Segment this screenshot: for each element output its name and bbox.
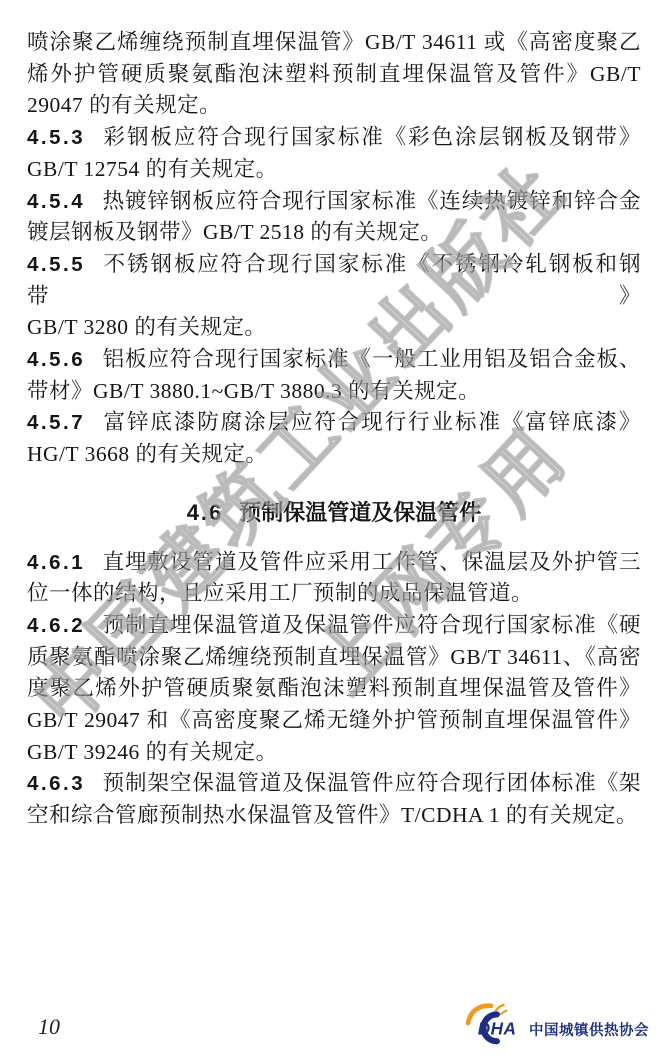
page-number: 10 xyxy=(38,1014,60,1040)
text-line: GB/T 3280 的有关规定。 xyxy=(27,312,641,344)
text-line: 4.5.5不锈钢板应符合现行国家标准《不锈钢冷轧钢板和钢带》 xyxy=(27,249,641,312)
cdha-logo-icon: DHA xyxy=(464,1002,522,1046)
text-line: GB/T 29047 和《高密度聚乙烯无缝外护管预制直埋保温管件》 xyxy=(27,705,641,737)
logo-abbr: DHA xyxy=(478,1019,517,1039)
section-heading: 4.6预制保温管道及保温管件 xyxy=(27,497,641,529)
section-number: 4.6 xyxy=(187,500,224,525)
association-name: 中国城镇供热协会 xyxy=(529,1009,649,1040)
text-line: 4.5.6铝板应符合现行国家标准《一般工业用铝及铝合金板、 xyxy=(27,344,641,376)
clause-number: 4.5.6 xyxy=(27,348,85,371)
text-line: HG/T 3668 的有关规定。 xyxy=(27,439,641,471)
text-line: 位一体的结构，且应采用工厂预制的成品保温管道。 xyxy=(27,578,641,610)
text-line: 度聚乙烯外护管硬质聚氨酯泡沫塑料预制直埋保温管及管件》 xyxy=(27,673,641,705)
text-line: 4.6.3预制架空保温管道及保温管件应符合现行团体标准《架 xyxy=(27,768,641,800)
document-body: 喷涂聚乙烯缠绕预制直埋保温管》GB/T 34611 或《高密度聚乙烯外护管硬质聚… xyxy=(27,27,641,832)
clause-number: 4.6.2 xyxy=(27,614,85,637)
text-line: 带材》GB/T 3880.1~GB/T 3880.3 的有关规定。 xyxy=(27,376,641,408)
clause-number: 4.6.3 xyxy=(27,772,85,795)
text-line: 4.6.1直埋敷设管道及管件应采用工作管、保温层及外护管三 xyxy=(27,547,641,579)
text-line: 4.5.4热镀锌钢板应符合现行国家标准《连续热镀锌和锌合金 xyxy=(27,186,641,218)
association-logo: DHA 中国城镇供热协会 xyxy=(464,1002,649,1046)
clause-number: 4.5.3 xyxy=(27,126,85,149)
text-line: 质聚氨酯喷涂聚乙烯缠绕预制直埋保温管》GB/T 34611、《高密 xyxy=(27,642,641,674)
text-line: 空和综合管廊预制热水保温管及管件》T/CDHA 1 的有关规定。 xyxy=(27,800,641,832)
text-line: 29047 的有关规定。 xyxy=(27,90,641,122)
text-line: 烯外护管硬质聚氨酯泡沫塑料预制直埋保温管及管件》GB/T xyxy=(27,59,641,91)
clause-number: 4.5.5 xyxy=(27,253,85,276)
text-line: 4.5.3彩钢板应符合现行国家标准《彩色涂层钢板及钢带》 xyxy=(27,122,641,154)
clause-number: 4.6.1 xyxy=(27,551,85,574)
text-line: 4.5.7富锌底漆防腐涂层应符合现行行业标准《富锌底漆》 xyxy=(27,407,641,439)
text-line: GB/T 39246 的有关规定。 xyxy=(27,737,641,769)
text-line: 喷涂聚乙烯缠绕预制直埋保温管》GB/T 34611 或《高密度聚乙 xyxy=(27,27,641,59)
text-line: 镀层钢板及钢带》GB/T 2518 的有关规定。 xyxy=(27,217,641,249)
text-line: 4.6.2预制直埋保温管道及保温管件应符合现行国家标准《硬 xyxy=(27,610,641,642)
clause-number: 4.5.4 xyxy=(27,190,85,213)
section-title: 预制保温管道及保温管件 xyxy=(239,500,481,525)
document-page: 中国建筑工业出版社 上网专用 喷涂聚乙烯缠绕预制直埋保温管》GB/T 34611… xyxy=(0,0,667,1058)
clause-number: 4.5.7 xyxy=(27,411,85,434)
text-line: GB/T 12754 的有关规定。 xyxy=(27,154,641,186)
